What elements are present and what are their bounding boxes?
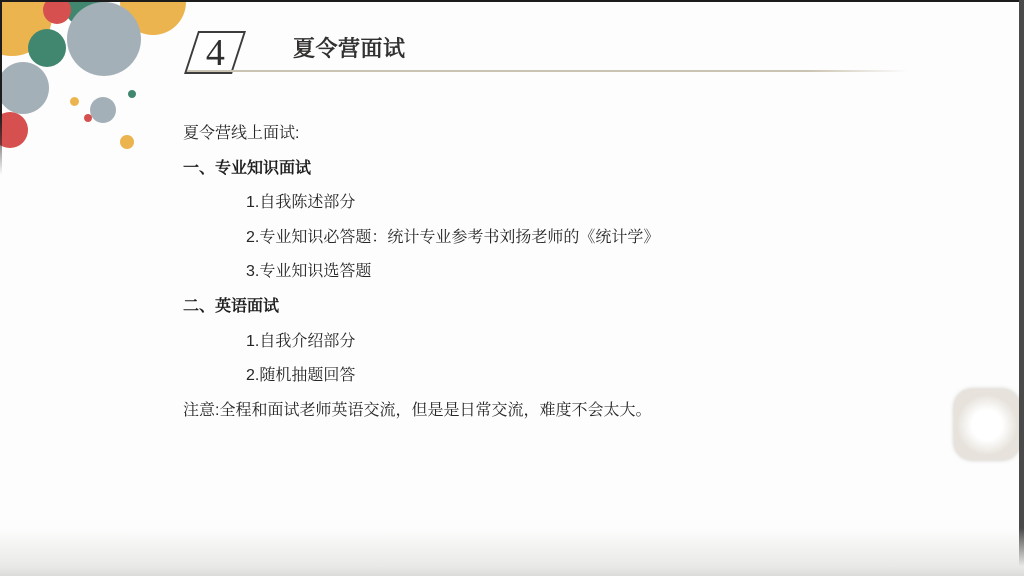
section-heading-2: 二、英语面试: [183, 290, 883, 325]
glow-circle-icon: [957, 395, 1017, 455]
section-1-item-2: 2.专业知识必答题：统计专业参考书刘扬老师的《统计学》: [183, 221, 883, 256]
section-number: 4: [206, 34, 225, 72]
section-2-item-2: 2.随机抽题回答: [183, 359, 883, 394]
title-underline: [187, 70, 908, 72]
teal-bubble: [28, 29, 66, 67]
gray-bubble: [90, 97, 116, 123]
gray-bubble: [67, 2, 141, 76]
yellow-bubble: [120, 135, 134, 149]
floating-overlay-button[interactable]: [954, 389, 1020, 460]
slide-body: 夏令营线上面试: 一、专业知识面试 1.自我陈述部分 2.专业知识必答题：统计专…: [183, 117, 883, 428]
frame-bottom-gradient: [0, 528, 1024, 576]
red-bubble: [43, 0, 71, 24]
section-2-item-1: 1.自我介绍部分: [183, 325, 883, 360]
section-heading-1: 一、专业知识面试: [183, 152, 883, 187]
frame-left-edge: [0, 0, 2, 175]
body-intro-line: 夏令营线上面试:: [183, 117, 883, 152]
red-bubble: [0, 112, 28, 148]
teal-bubble: [128, 90, 136, 98]
yellow-bubble: [70, 97, 79, 106]
slide-title: 夏令营面试: [293, 35, 406, 63]
section-1-item-3: 3.专业知识选答题: [183, 255, 883, 290]
frame-top-edge: [0, 0, 1024, 2]
section-1-item-1: 1.自我陈述部分: [183, 186, 883, 221]
body-note-line: 注意:全程和面试老师英语交流，但是是日常交流，难度不会太大。: [183, 394, 883, 429]
red-bubble: [84, 114, 92, 122]
frame-right-bar: [1019, 0, 1024, 576]
gray-bubble: [0, 62, 49, 114]
